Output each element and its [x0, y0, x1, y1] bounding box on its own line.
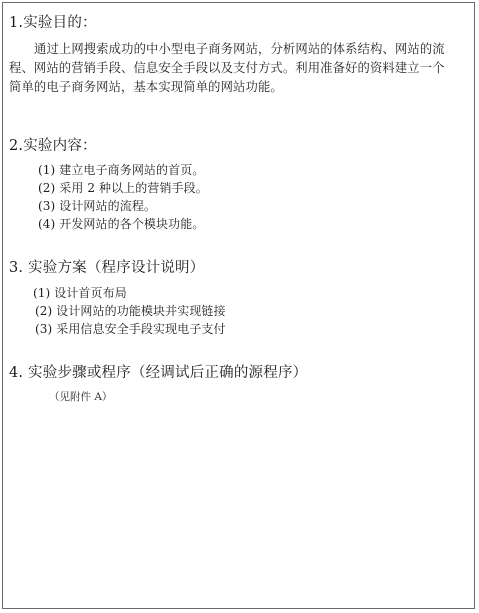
section-3-heading: 3. 实验方案（程序设计说明） — [9, 256, 204, 277]
section-3-list-item-2: (2) 设计网站的功能模块并实现链接 — [35, 302, 226, 319]
document-page: 1.实验目的： 通过上网搜索成功的中小型电子商务网站，分析网站的体系结构、网站的… — [2, 2, 475, 609]
section-2-list-item-2: (2) 采用 2 种以上的营销手段。 — [38, 179, 208, 196]
section-4-note: （见附件 A） — [49, 389, 112, 404]
section-1-heading: 1.实验目的： — [9, 11, 97, 32]
section-3-list-item-3: (3) 采用信息安全手段实现电子支付 — [35, 320, 226, 337]
section-2-list-item-1: (1) 建立电子商务网站的首页。 — [38, 161, 204, 178]
section-3-list-item-1: (1) 设计首页布局 — [33, 284, 127, 301]
section-1-paragraph-line-1: 通过上网搜索成功的中小型电子商务网站，分析网站的体系结构、网站的流 — [34, 39, 445, 57]
section-2-list-item-3: (3) 设计网站的流程。 — [38, 197, 156, 214]
section-1-paragraph-line-2: 程、网站的营销手段、信息安全手段以及支付方式。利用准备好的资料建立一个 — [9, 58, 445, 76]
section-2-heading: 2.实验内容： — [9, 134, 97, 155]
section-2-list-item-4: (4) 开发网站的各个模块功能。 — [38, 215, 204, 232]
section-4-heading: 4. 实验步骤或程序（经调试后正确的源程序） — [9, 361, 307, 382]
section-1-paragraph-line-3: 简单的电子商务网站，基本实现简单的网站功能。 — [9, 77, 283, 95]
